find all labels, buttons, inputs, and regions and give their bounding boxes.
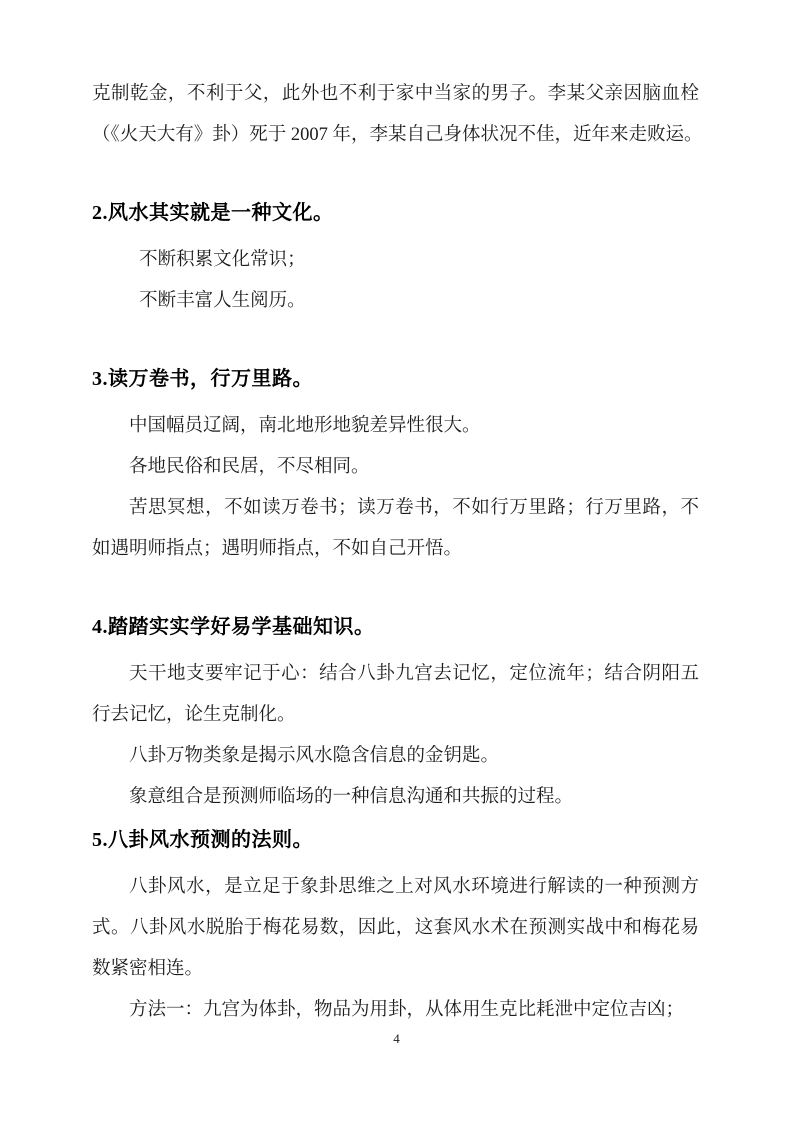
section-4-paragraph-1-line-2: 行去记忆，论生克制化。	[92, 695, 699, 736]
section-2-item-1: 不断积累文化常识；	[92, 240, 699, 281]
section-3-paragraph-3-line-1: 苦思冥想，不如读万卷书；读万卷书，不如行万里路；行万里路，不	[92, 488, 699, 529]
section-4-heading: 4.踏踏实实学好易学基础知识。	[92, 607, 699, 648]
section-4-paragraph-3: 象意组合是预测师临场的一种信息沟通和共振的过程。	[92, 777, 699, 818]
section-3-heading: 3.读万卷书，行万里路。	[92, 359, 699, 400]
section-3-paragraph-2: 各地民俗和民居，不尽相同。	[92, 447, 699, 488]
section-5-paragraph-2: 方法一：九宫为体卦，物品为用卦，从体用生克比耗泄中定位吉凶；	[92, 990, 699, 1031]
section-4-paragraph-2: 八卦万物类象是揭示风水隐含信息的金钥匙。	[92, 736, 699, 777]
section-5-paragraph-1-line-1: 八卦风水，是立足于象卦思维之上对风水环境进行解读的一种预测方	[92, 867, 699, 908]
section-5-heading: 5.八卦风水预测的法则。	[92, 820, 699, 861]
page-number: 4	[393, 1031, 400, 1046]
section-4-paragraph-1-line-1: 天干地支要牢记于心：结合八卦九宫去记忆，定位流年；结合阴阳五	[92, 654, 699, 695]
page-footer: 4	[0, 1030, 793, 1048]
section-2-heading: 2.风水其实就是一种文化。	[92, 193, 699, 234]
document-page: 克制乾金，不利于父，此外也不利于家中当家的男子。李某父亲因脑血栓 （《火天大有》…	[0, 0, 793, 1122]
intro-paragraph-line-2: （《火天大有》卦）死于 2007 年，李某自己身体状况不佳，近年来走败运。	[92, 115, 699, 156]
page-content: 克制乾金，不利于父，此外也不利于家中当家的男子。李某父亲因脑血栓 （《火天大有》…	[92, 74, 699, 1031]
section-3-paragraph-3-line-2: 如遇明师指点；遇明师指点，不如自己开悟。	[92, 529, 699, 570]
section-5-paragraph-1-line-3: 数紧密相连。	[92, 949, 699, 990]
intro-paragraph-line-1: 克制乾金，不利于父，此外也不利于家中当家的男子。李某父亲因脑血栓	[92, 74, 699, 115]
section-3-paragraph-1: 中国幅员辽阔，南北地形地貌差异性很大。	[92, 406, 699, 447]
section-2-item-2: 不断丰富人生阅历。	[92, 281, 699, 322]
section-5-paragraph-1-line-2: 式。八卦风水脱胎于梅花易数，因此，这套风水术在预测实战中和梅花易	[92, 908, 699, 949]
